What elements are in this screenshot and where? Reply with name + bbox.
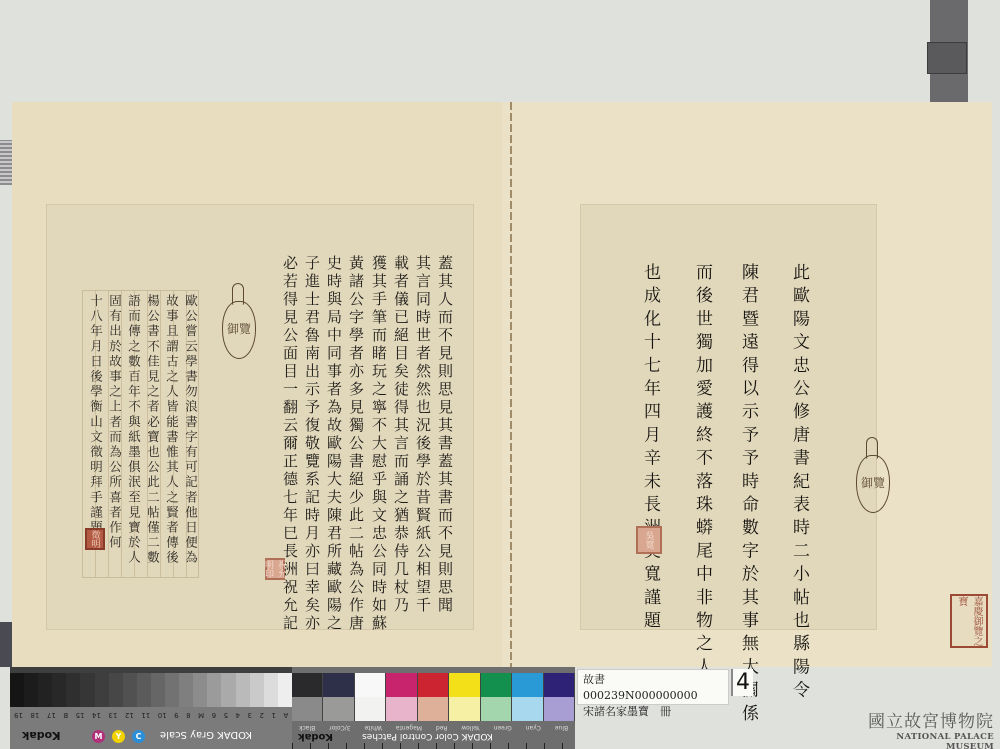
gourd-seal-right: 御覽	[856, 437, 890, 513]
calligraphy-column: 而後世獨加愛護終不落珠蟒尾中非物之人	[693, 263, 710, 681]
museum-name-cn: 國立故宮博物院	[856, 712, 994, 732]
yellow-dot-icon: Y	[112, 730, 125, 743]
calligraphy-column: 獲其手筆而睹玩之寧不大慰乎與文忠公同時如蘇	[371, 255, 386, 633]
gourd-seal-left: 御覽	[222, 283, 256, 359]
magenta-dot-icon: M	[92, 730, 105, 743]
cyan-dot-icon: C	[132, 730, 145, 743]
calligraphy-column: 陳君暨遠得以示予予時命數字於其事無大關係	[739, 263, 756, 727]
museum-name-en: NATIONAL PALACE MUSEUM	[856, 732, 994, 749]
seal-wu-kuan: 吳寬	[636, 526, 662, 554]
gray-steps	[10, 673, 292, 707]
ruler	[292, 743, 575, 749]
leaf-number: 4	[731, 669, 753, 696]
mounting-clip-top	[930, 0, 968, 105]
gray-step-labels: A123456M89101112131415B171819	[10, 707, 292, 723]
inscription-column: 語而傳之數百年不與紙墨俱泯至見寶於人	[127, 294, 140, 566]
inscription-column: 十八年月日後學衡山文徵明拜手謹題	[89, 294, 102, 536]
calligraphy-page-right	[580, 204, 877, 630]
calligraphy-column: 史時與局中同事者為故歐陽大夫陳君所藏歐陽之	[326, 255, 341, 633]
color-patch-names: BlueCyanGreenYellowRedMagentaWhite3/Colo…	[292, 721, 575, 731]
inscription-column: 楊公書不佳見之者必寶也公此二帖僅二數	[146, 294, 159, 566]
museum-watermark: 國立故宮博物院 NATIONAL PALACE MUSEUM	[856, 712, 1000, 749]
seal-zhu-yunming: 祝允明印	[265, 558, 285, 580]
color-patches-title: KODAK Color Control Patches	[362, 731, 493, 741]
kodak-color-patches: BlueCyanGreenYellowRedMagentaWhite3/Colo…	[292, 667, 575, 749]
inscription-column: 固有出於故事之上者而為公所喜者作何	[108, 294, 121, 551]
inscription-column: 故事且謂古之人皆能書惟其人之賢者傳後	[165, 294, 178, 566]
calligraphy-column: 子進士君魯南出示予復敬覽系記時月亦曰幸矣亦	[304, 255, 319, 633]
catalog-id: 故書 000239N000000000	[583, 672, 723, 704]
catalog-label: 故書 000239N000000000 宋諸名家墨寶 冊	[577, 669, 729, 705]
calligraphy-column: 此歐陽文忠公修唐書紀表時二小帖也縣陽令	[790, 263, 807, 704]
imperial-seal: 嘉慶御覽之寶	[950, 594, 988, 648]
calligraphy-column: 黃諸公字學者亦多見獨公書絕少此二帖為公作唐	[348, 255, 363, 633]
gray-scale-title: KODAK Gray Scale	[160, 729, 252, 740]
album-spine	[510, 102, 512, 667]
seal-wen-zhengming: 徵明	[85, 528, 105, 550]
kodak-gray-scale: A123456M89101112131415B171819 Kodak M Y …	[10, 667, 292, 749]
color-patch-row-top	[292, 673, 575, 697]
calligraphy-column: 也成化十七年四月辛未長洲吳寬謹題	[641, 263, 658, 634]
kodak-logo: Kodak	[22, 729, 61, 742]
inscription-column: 歐公嘗云學書勿浪書字有可記者他日便為	[184, 294, 197, 566]
clip-plate	[927, 42, 967, 74]
catalog-title: 宋諸名家墨寶 冊	[583, 704, 723, 720]
kodak-logo: Kodak	[298, 731, 333, 742]
calligraphy-column: 蓋其人而不見則思見其書蓋其書而不見則思聞	[437, 255, 452, 615]
calligraphy-column: 載者儀已絕目矣徒得其言而誦之猶恭侍几杖乃	[393, 255, 408, 615]
color-patch-row-bottom	[292, 697, 575, 721]
calligraphy-column: 其言同時世者然然也況後學於昔賢紙公相望千	[415, 255, 430, 615]
kodak-color-target: A123456M89101112131415B171819 Kodak M Y …	[10, 667, 575, 749]
